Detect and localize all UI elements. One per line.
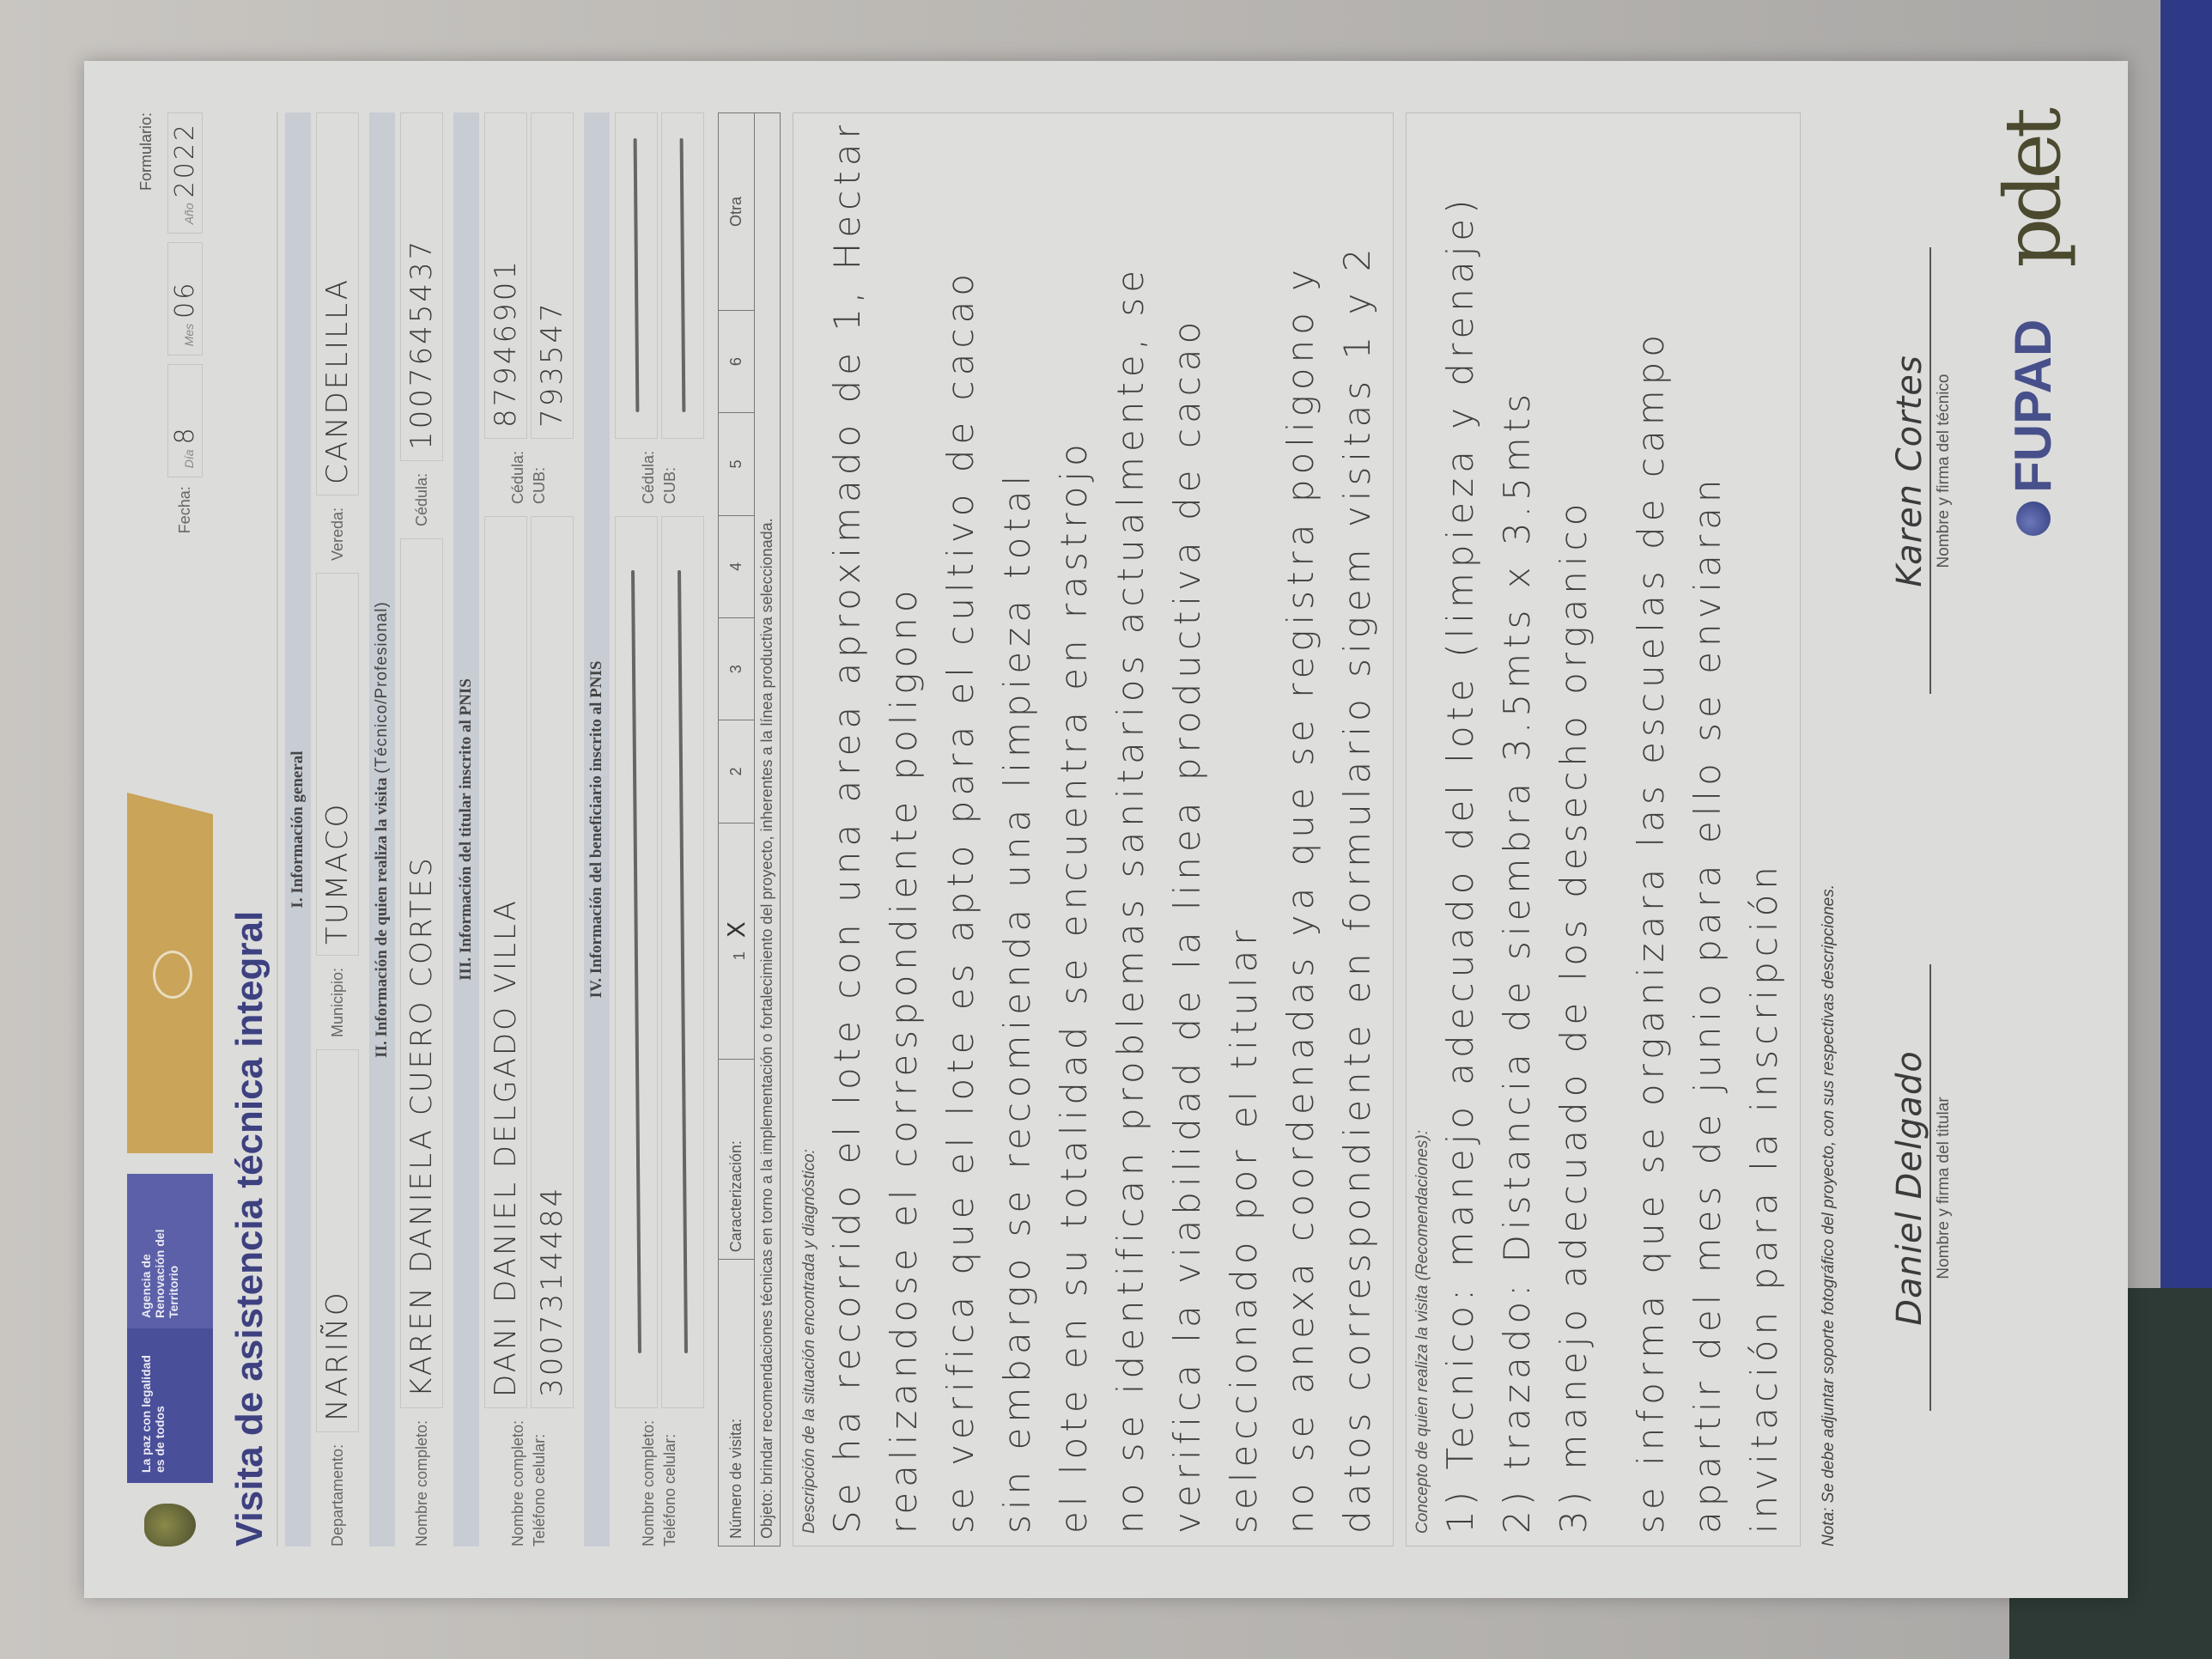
date-row: Fecha: Día8 Mes06 Año2022 [167,112,203,533]
titular-telefono-value: 3007314484 [535,1186,569,1397]
tecnico-cedula-label: Cédula: [413,473,431,526]
section-2-heading: II. Información de quien realiza la visi… [369,112,395,1547]
globe-icon [2016,501,2051,536]
titular-cub-field[interactable]: 793547 [531,112,574,439]
pdet-logo: pdet [1988,112,2078,268]
municipio-value: TUMACO [320,802,355,945]
section-3-fields-right: 87946901 793547 [484,112,574,439]
option-cell-1[interactable]: 1X [719,823,755,1059]
beneficiario-cub-label: CUB: [661,451,679,504]
tecnico-nombre-label: Nombre completo: [413,1420,431,1547]
form-title: Visita de asistencia técnica integral [228,112,278,1547]
beneficiario-cedula-label: Cédula: [640,451,658,504]
description-line: verifica la viabilidad de la linea produ… [1159,125,1216,1534]
mes-field[interactable]: Mes06 [167,242,203,355]
beneficiario-telefono-field[interactable] [661,516,704,1408]
option-cell-3[interactable]: 3 [719,618,755,720]
section-4-labels-right: Cédula: CUB: [640,451,679,504]
description-line: datos correspondiente en formulario sige… [1329,125,1386,1534]
objeto-row: Objeto: brindar recomendaciones técnicas… [755,113,781,1547]
section-1-row: Departamento: NARIÑO Municipio: TUMACO V… [311,112,364,1547]
titular-cub-value: 793547 [535,301,569,428]
option-cell-otra[interactable]: Otra [719,113,755,311]
fecha-label: Fecha: [176,486,194,533]
selected-mark: X [722,921,750,938]
fupad-logo-text: FUPAD [2003,319,2063,493]
recommendation-line: se informa que se organizara las escuela… [1623,125,1680,1534]
crossed-out-line [634,139,640,413]
section-2-subtitle: (Técnico/Profesional) [373,601,391,774]
section-4-heading: IV. Información del beneficiario inscrit… [584,112,610,1547]
titular-nombre-field[interactable]: DANI DANIEL DELGADO VILLA [484,516,527,1408]
titular-cedula-field[interactable]: 87946901 [484,112,527,439]
section-3-row: Nombre completo: Teléfono celular: DANI … [479,112,579,1547]
titular-cedula-value: 87946901 [489,258,523,428]
caracterizacion-label: Caracterización: [719,1059,755,1260]
recommendation-line: invitación para la inscripción [1736,125,1793,1534]
form-page: La paz con legalidad es de todos Agencia… [84,61,2128,1598]
section-4-row: Nombre completo: Teléfono celular: Cédul… [610,112,709,1547]
tecnico-signature[interactable]: Karen Cortes [1890,248,1931,695]
dia-label: Día [182,449,196,468]
description-line: seleccionado por el titular [1216,125,1273,1534]
section-4-fields-right [615,112,704,439]
tecnico-signature-label: Nombre y firma del técnico [1935,374,1954,568]
option-cell-6[interactable]: 6 [719,310,755,412]
recommendations-label: Concepto de quien realiza la visita (Rec… [1413,125,1432,1534]
tecnico-cedula-value: 1007645437 [404,239,439,450]
recommendations-box[interactable]: Concepto de quien realiza la visita (Rec… [1406,112,1801,1547]
form-page-rotated: La paz con legalidad es de todos Agencia… [84,61,2128,1598]
fupad-logo: FUPAD [2003,319,2063,536]
titular-cub-label: CUB: [531,451,549,504]
section-4-fields-left [615,516,704,1408]
banner-right-text: Agencia de Renovación del Territorio [127,1174,213,1328]
departamento-value: NARIÑO [320,1290,355,1421]
titular-telefono-field[interactable]: 3007314484 [531,516,574,1408]
crossed-out-line [678,571,688,1354]
vereda-field[interactable]: CANDELILLA [316,112,359,495]
vereda-value: CANDELILLA [320,277,355,484]
dia-field[interactable]: Día8 [167,364,203,477]
municipio-field[interactable]: TUMACO [316,573,359,956]
banner-left-text: La paz con legalidad es de todos [127,1328,213,1483]
beneficiario-telefono-label: Teléfono celular: [661,1420,679,1547]
vereda-label: Vereda: [329,507,347,561]
option-cell-5[interactable]: 5 [719,413,755,515]
form-header: La paz con legalidad es de todos Agencia… [118,112,222,1547]
beneficiario-cub-field[interactable] [661,112,704,439]
description-line: sin embargo se recomienda una limpieza t… [989,125,1046,1534]
ano-label: Año [182,203,196,224]
mes-label: Mes [182,324,196,346]
description-line: Se ha recorrido el lote con una area apr… [819,125,876,1534]
section-3-labels: Nombre completo: Teléfono celular: [509,1420,549,1547]
departamento-label: Departamento: [329,1444,347,1547]
beneficiario-cedula-field[interactable] [615,112,658,439]
photo-note: Nota: Se debe adjuntar soporte fotográfi… [1820,112,1838,1547]
recommendations-lines: 1) Tecnico: manejo adecuado del lote (li… [1432,125,1793,1534]
recommendation-line: 2) trazado: Distancia de siembra 3.5mts … [1489,125,1546,1534]
visit-table-row: Número de visita: Caracterización: 1X 2 … [719,113,755,1547]
recommendation-line: 1) Tecnico: manejo adecuado del lote (li… [1432,125,1489,1534]
beneficiario-nombre-field[interactable] [615,516,658,1408]
titular-telefono-label: Teléfono celular: [531,1420,549,1547]
section-2-row: Nombre completo: KAREN DANIELA CUERO COR… [395,112,448,1547]
description-label: Descripción de la situación encontrada y… [800,125,819,1534]
tecnico-cedula-field[interactable]: 1007645437 [400,112,443,461]
tecnico-nombre-field[interactable]: KAREN DANIELA CUERO CORTES [400,538,443,1408]
tecnico-signature-block: Karen Cortes Nombre y firma del técnico [1890,248,1954,695]
description-line: realizandose el correspondiente poligono [876,125,933,1534]
mes-value: 06 [170,281,200,319]
ano-value: 2022 [170,122,200,197]
numero-visita-label: Número de visita: [719,1260,755,1547]
titular-nombre-value: DANI DANIEL DELGADO VILLA [489,898,523,1397]
section-3-labels-right: Cédula: CUB: [509,451,549,504]
description-line: no se anexa coordenadas ya que se regist… [1273,125,1329,1534]
titular-signature-label: Nombre y firma del titular [1935,1097,1954,1279]
section-1-heading: I. Información general [285,112,311,1547]
description-line: no se identifican problemas sanitarios a… [1103,125,1159,1534]
section-3-fields-left: DANI DANIEL DELGADO VILLA 3007314484 [484,516,574,1408]
crossed-out-line [680,139,686,413]
section-3-heading: III. Información del titular inscrito al… [453,112,479,1547]
recommendation-line: apartir del mes de junio para ello se en… [1680,125,1736,1534]
section-4-labels: Nombre completo: Teléfono celular: [640,1420,679,1547]
option-cell-2[interactable]: 2 [719,720,755,823]
description-lines: Se ha recorrido el lote con una area apr… [819,125,1386,1534]
footer-logos: FUPAD pdet [1988,112,2078,1547]
municipio-label: Municipio: [329,968,347,1037]
titular-signature-block: Daniel Delgado Nombre y firma del titula… [1890,965,1954,1412]
recommendation-spacer [1602,125,1623,1534]
signatures-row: Daniel Delgado Nombre y firma del titula… [1890,112,1954,1547]
titular-cedula-label: Cédula: [509,451,527,504]
header-meta: Formulario: Fecha: Día8 Mes06 Año2022 [137,112,203,533]
description-line: se verifica que el lote es apto para el … [933,125,989,1534]
option-cell-4[interactable]: 4 [719,515,755,617]
titular-signature[interactable]: Daniel Delgado [1890,965,1931,1412]
recommendation-line: 3) manejo adecuado de los desecho organi… [1546,125,1602,1534]
dia-value: 8 [170,425,200,444]
government-banner: La paz con legalidad es de todos Agencia… [127,1174,213,1483]
formulario-label: Formulario: [137,112,155,191]
objeto-text: Objeto: brindar recomendaciones técnicas… [755,113,781,1547]
art-logo-banner [127,793,213,1153]
departamento-field[interactable]: NARIÑO [316,1049,359,1432]
coat-of-arms-icon [144,1504,196,1547]
titular-nombre-label: Nombre completo: [509,1420,527,1547]
ano-field[interactable]: Año2022 [167,112,203,234]
beneficiario-nombre-label: Nombre completo: [640,1420,658,1547]
description-box[interactable]: Descripción de la situación encontrada y… [793,112,1394,1547]
tecnico-nombre-value: KAREN DANIELA CUERO CORTES [404,855,439,1397]
description-line: el lote en su totalidad se encuentra en … [1046,125,1103,1534]
section-2-title: II. Información de quien realiza la visi… [373,777,391,1057]
crossed-out-line [631,571,641,1354]
visit-table: Número de visita: Caracterización: 1X 2 … [718,112,781,1547]
